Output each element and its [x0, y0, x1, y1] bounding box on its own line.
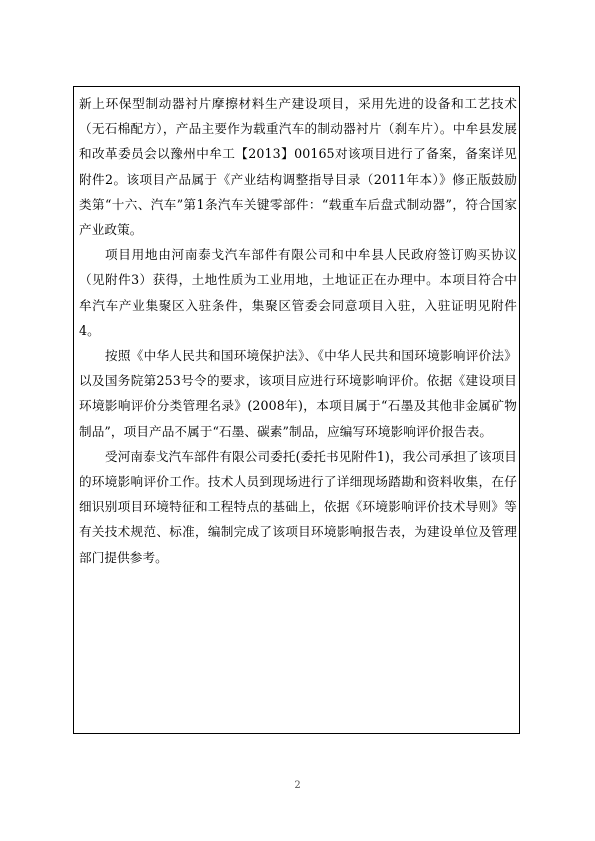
document-body: 新上环保型制动器衬片摩擦材料生产建设项目，采用先进的设备和工艺技术（无石棉配方）…	[79, 91, 517, 570]
paragraph-project-overview: 新上环保型制动器衬片摩擦材料生产建设项目，采用先进的设备和工艺技术（无石棉配方）…	[79, 91, 517, 242]
paragraph-commission: 受河南泰戈汽车部件有限公司委托(委托书见附件1)，我公司承担了该项目的环境影响评…	[79, 444, 517, 570]
paragraph-legal-basis: 按照《中华人民共和国环境保护法》、《中华人民共和国环境影响评价法》以及国务院第2…	[79, 343, 517, 444]
paragraph-land-use: 项目用地由河南泰戈汽车部件有限公司和中牟县人民政府签订购买协议（见附件3）获得，…	[79, 242, 517, 343]
page-number: 2	[0, 780, 595, 791]
